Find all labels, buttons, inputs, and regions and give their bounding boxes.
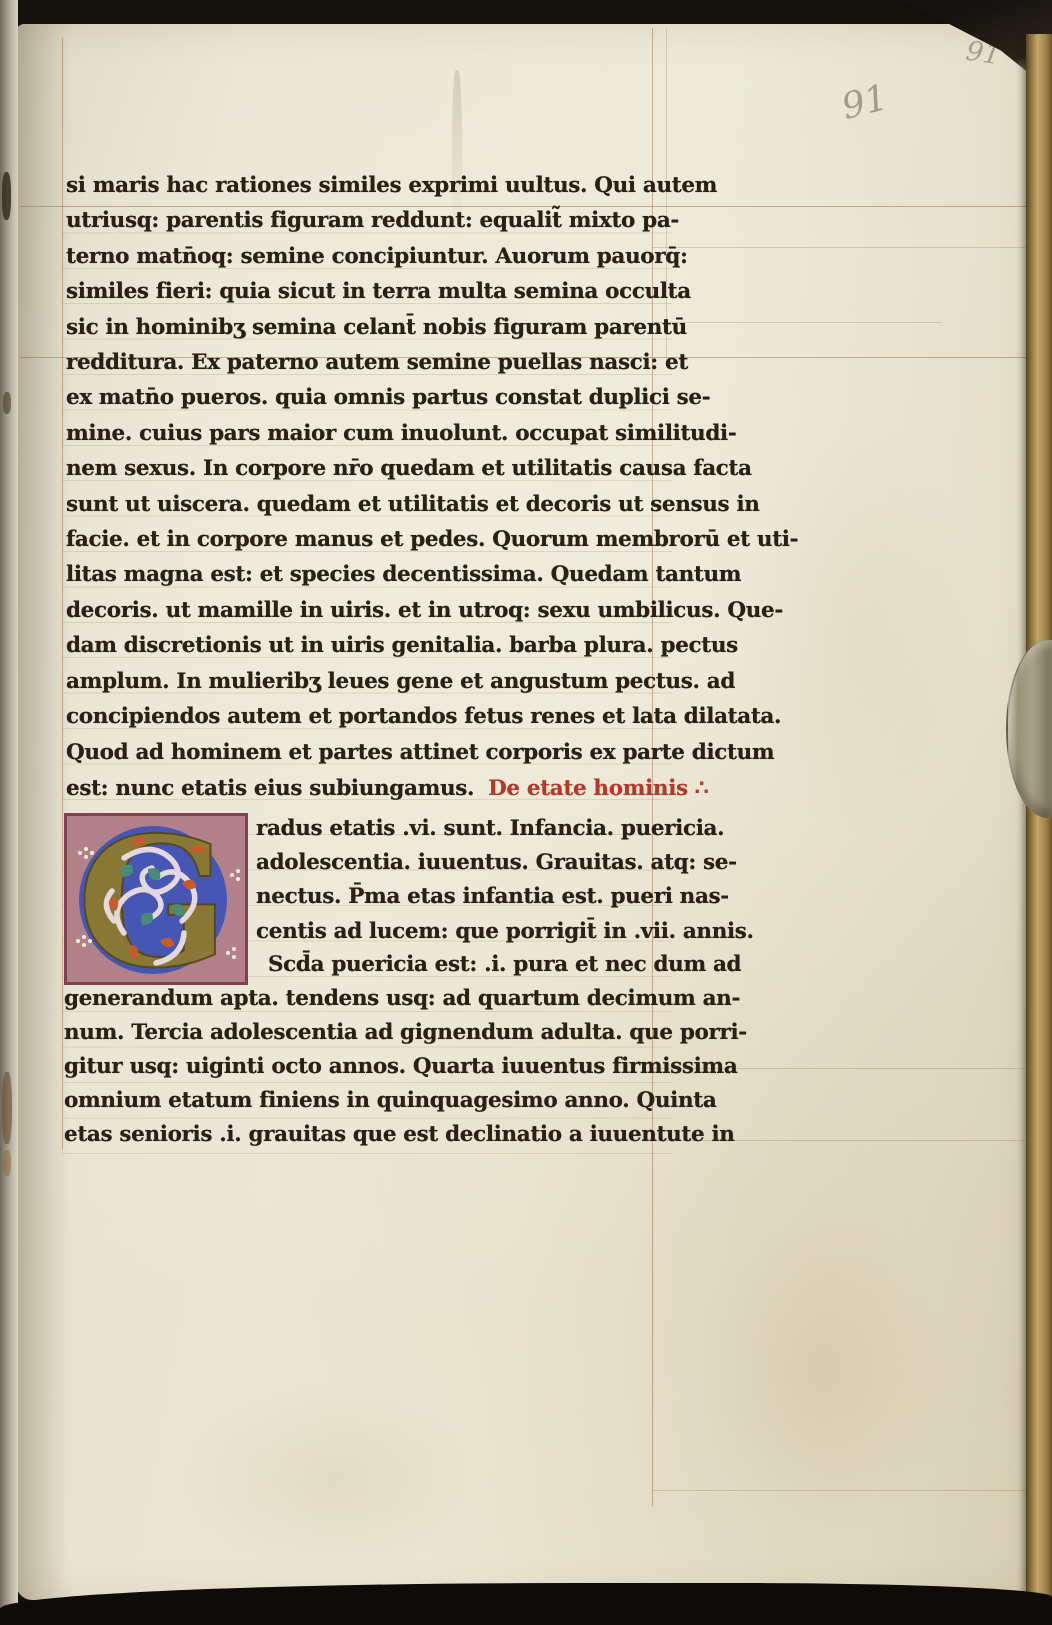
text-line: dam discretionis ut in uiris genitalia. … xyxy=(66,628,798,663)
text-line: si maris hac rationes similes exprimi uu… xyxy=(66,168,798,203)
folio-edge-mark xyxy=(2,1072,12,1144)
text-line: gitur usq: uiginti octo annos. Quarta iu… xyxy=(64,1050,747,1084)
text-line: litas magna est: et species decentissima… xyxy=(66,557,798,592)
text-line: omnium etatum finiens in quinquagesimo a… xyxy=(64,1084,747,1118)
illuminated-initial-G: G xyxy=(64,813,248,985)
text-column-beside-initial: radus etatis .vi. sunt. Infancia. pueric… xyxy=(256,812,754,949)
text-column-upper: si maris hac rationes similes exprimi uu… xyxy=(66,168,798,770)
text-line: terno matn̄oq: semine concipiuntur. Auor… xyxy=(66,239,798,274)
text-line: adolescentia. iuuentus. Grauitas. atq: s… xyxy=(256,846,754,880)
folio-edge-mark xyxy=(3,1150,11,1176)
text-line: sic in hominibʒ semina celant̄ nobis fig… xyxy=(66,310,798,345)
text-column-lower: generandum apta. tendens usq: ad quartum… xyxy=(64,982,747,1152)
text-line: sunt ut uiscera. quedam et utilitatis et… xyxy=(66,487,798,522)
ruling-line-horizontal xyxy=(652,1490,1032,1491)
text-line: centis ad lucem: que porrigit̄ in .vii. … xyxy=(256,915,754,949)
stacked-folio-edges xyxy=(0,0,18,1625)
text-line: Quod ad hominem et partes attinet corpor… xyxy=(66,735,798,770)
text-line: Scd̄a puericia est: .i. pura et nec dum … xyxy=(268,948,741,982)
text-line: radus etatis .vi. sunt. Infancia. pueric… xyxy=(256,812,754,846)
folio-edge-mark xyxy=(2,172,11,220)
text-line: generandum apta. tendens usq: ad quartum… xyxy=(64,982,747,1016)
text-line: nectus. P̄ma etas infantia est. pueri na… xyxy=(256,880,754,914)
text-line: nem sexus. In corpore nr̄o quedam et uti… xyxy=(66,451,798,486)
text-line: decoris. ut mamille in uiris. et in utro… xyxy=(66,593,798,628)
text-line: mine. cuius pars maior cum inuolunt. occ… xyxy=(66,416,798,451)
text-line: redditura. Ex paterno autem semine puell… xyxy=(66,345,798,380)
svg-text:G: G xyxy=(77,813,229,985)
text-line: facie. et in corpore manus et pedes. Quo… xyxy=(66,522,798,557)
folio-edge-mark xyxy=(3,392,11,414)
initial-artwork: G xyxy=(64,813,248,985)
text-line-with-rubric: est: nunc etatis eius subiungamus.De eta… xyxy=(66,771,708,806)
text-line: amplum. In mulieribʒ leues gene et angus… xyxy=(66,664,798,699)
text-line: similes fieri: quia sicut in terra multa… xyxy=(66,274,798,309)
book-fore-edge xyxy=(1026,34,1052,1604)
ruling-line-vertical-left xyxy=(62,38,63,1150)
gutter-shadow xyxy=(14,24,72,1600)
text-line: est: nunc etatis eius subiungamus. xyxy=(66,776,474,801)
chapter-rubric: De etate hominis ∴ xyxy=(488,776,708,801)
text-line: etas senioris .i. grauitas que est decli… xyxy=(64,1118,747,1152)
text-line: ex matn̄o pueros. quia omnis partus cons… xyxy=(66,380,798,415)
text-line: concipiendos autem et portandos fetus re… xyxy=(66,699,798,734)
text-line: num. Tercia adolescentia ad gignendum ad… xyxy=(64,1016,747,1050)
text-line: utriusq: parentis figuram reddunt: equal… xyxy=(66,203,798,238)
